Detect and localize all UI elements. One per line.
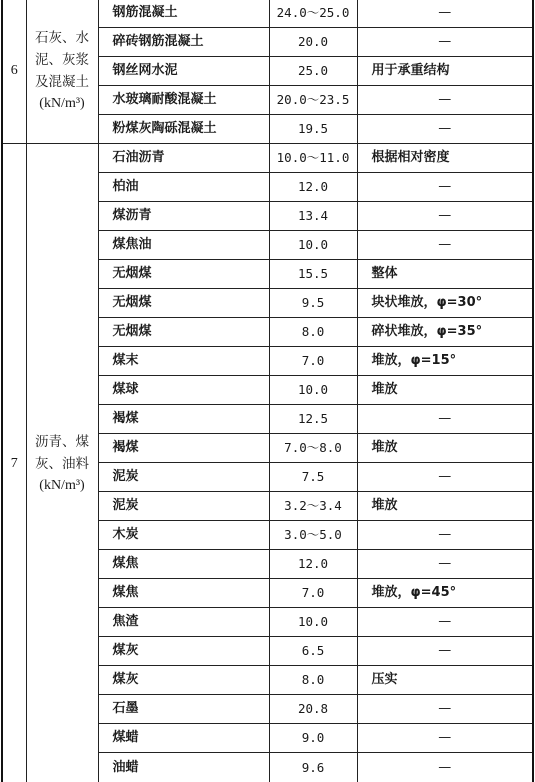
- material-note: 堆放: [357, 434, 533, 463]
- material-weight-value: 7.5: [269, 463, 357, 492]
- material-note: —: [357, 405, 533, 434]
- material-name: 煤沥青: [98, 202, 269, 231]
- material-weight-value: 19.5: [269, 115, 357, 144]
- material-note: 用于承重结构: [357, 57, 533, 86]
- material-name: 木炭: [98, 521, 269, 550]
- material-weight-value: 20.0: [269, 28, 357, 57]
- material-note: —: [357, 608, 533, 637]
- material-weight-value: 6.5: [269, 637, 357, 666]
- group-category: 石灰、水泥、灰浆及混凝土(kN/m³): [26, 0, 98, 144]
- group-index: 6: [2, 0, 26, 144]
- category-line: 沥青、煤: [29, 431, 96, 453]
- material-note: 堆放，φ=45°: [357, 579, 533, 608]
- material-note: —: [357, 115, 533, 144]
- material-weight-value: 13.4: [269, 202, 357, 231]
- material-weight-value: 9.5: [269, 289, 357, 318]
- material-note: 块状堆放，φ=30°: [357, 289, 533, 318]
- material-weight-value: 3.2～3.4: [269, 492, 357, 521]
- material-name: 钢丝网水泥: [98, 57, 269, 86]
- material-note: —: [357, 550, 533, 579]
- material-weight-value: 12.0: [269, 550, 357, 579]
- category-line: 石灰、水: [29, 27, 96, 49]
- material-weight-value: 10.0: [269, 231, 357, 260]
- material-note: —: [357, 695, 533, 724]
- material-name: 煤焦油: [98, 231, 269, 260]
- material-weight-value: 9.6: [269, 753, 357, 782]
- material-note: —: [357, 86, 533, 115]
- material-name: 泥炭: [98, 463, 269, 492]
- material-weight-value: 12.5: [269, 405, 357, 434]
- material-note: —: [357, 724, 533, 753]
- category-line: 灰、油料: [29, 453, 96, 475]
- material-weight-value: 25.0: [269, 57, 357, 86]
- material-name: 褐煤: [98, 434, 269, 463]
- material-note: 根据相对密度: [357, 144, 533, 173]
- material-name: 煤灰: [98, 666, 269, 695]
- material-name: 无烟煤: [98, 260, 269, 289]
- table-row: 6石灰、水泥、灰浆及混凝土(kN/m³)钢筋混凝土24.0～25.0—: [2, 0, 533, 28]
- material-weight-value: 10.0: [269, 376, 357, 405]
- material-weight-value: 12.0: [269, 173, 357, 202]
- material-name: 无烟煤: [98, 289, 269, 318]
- material-name: 煤球: [98, 376, 269, 405]
- material-weight-value: 20.8: [269, 695, 357, 724]
- material-weight-value: 7.0: [269, 579, 357, 608]
- material-name: 油蜡: [98, 753, 269, 782]
- material-note: —: [357, 173, 533, 202]
- material-name: 煤末: [98, 347, 269, 376]
- material-name: 碎砖钢筋混凝土: [98, 28, 269, 57]
- material-note: —: [357, 753, 533, 782]
- material-name: 煤焦: [98, 550, 269, 579]
- table-row: 7沥青、煤灰、油料(kN/m³)石油沥青10.0～11.0根据相对密度: [2, 144, 533, 173]
- material-note: —: [357, 521, 533, 550]
- material-name: 煤焦: [98, 579, 269, 608]
- material-weight-value: 9.0: [269, 724, 357, 753]
- category-line: 泥、灰浆: [29, 49, 96, 71]
- material-name: 煤蜡: [98, 724, 269, 753]
- material-name: 褐煤: [98, 405, 269, 434]
- category-unit: (kN/m³): [29, 93, 96, 115]
- material-name: 泥炭: [98, 492, 269, 521]
- material-name: 焦渣: [98, 608, 269, 637]
- material-note: —: [357, 0, 533, 28]
- material-weight-value: 24.0～25.0: [269, 0, 357, 28]
- material-note: 堆放: [357, 492, 533, 521]
- category-unit: (kN/m³): [29, 475, 96, 497]
- material-weight-value: 8.0: [269, 318, 357, 347]
- material-weight-value: 10.0: [269, 608, 357, 637]
- material-note: —: [357, 231, 533, 260]
- material-note: —: [357, 637, 533, 666]
- material-note: —: [357, 28, 533, 57]
- table-body: 6石灰、水泥、灰浆及混凝土(kN/m³)钢筋混凝土24.0～25.0—碎砖钢筋混…: [2, 0, 533, 782]
- category-line: 及混凝土: [29, 71, 96, 93]
- material-weight-value: 7.0～8.0: [269, 434, 357, 463]
- material-weight-value: 8.0: [269, 666, 357, 695]
- material-note: 整体: [357, 260, 533, 289]
- group-category: 沥青、煤灰、油料(kN/m³): [26, 144, 98, 782]
- material-name: 无烟煤: [98, 318, 269, 347]
- material-note: —: [357, 463, 533, 492]
- material-note: 压实: [357, 666, 533, 695]
- material-name: 水玻璃耐酸混凝土: [98, 86, 269, 115]
- material-note: —: [357, 202, 533, 231]
- material-weight-value: 10.0～11.0: [269, 144, 357, 173]
- material-note: 堆放: [357, 376, 533, 405]
- material-name: 石墨: [98, 695, 269, 724]
- material-name: 粉煤灰陶砾混凝土: [98, 115, 269, 144]
- material-weight-value: 7.0: [269, 347, 357, 376]
- group-index: 7: [2, 144, 26, 782]
- material-weight-value: 20.0～23.5: [269, 86, 357, 115]
- material-weight-table: 6石灰、水泥、灰浆及混凝土(kN/m³)钢筋混凝土24.0～25.0—碎砖钢筋混…: [1, 0, 534, 782]
- material-weight-value: 15.5: [269, 260, 357, 289]
- material-name: 煤灰: [98, 637, 269, 666]
- material-name: 石油沥青: [98, 144, 269, 173]
- material-note: 碎状堆放，φ=35°: [357, 318, 533, 347]
- material-weight-value: 3.0～5.0: [269, 521, 357, 550]
- material-note: 堆放，φ=15°: [357, 347, 533, 376]
- material-name: 柏油: [98, 173, 269, 202]
- material-name: 钢筋混凝土: [98, 0, 269, 28]
